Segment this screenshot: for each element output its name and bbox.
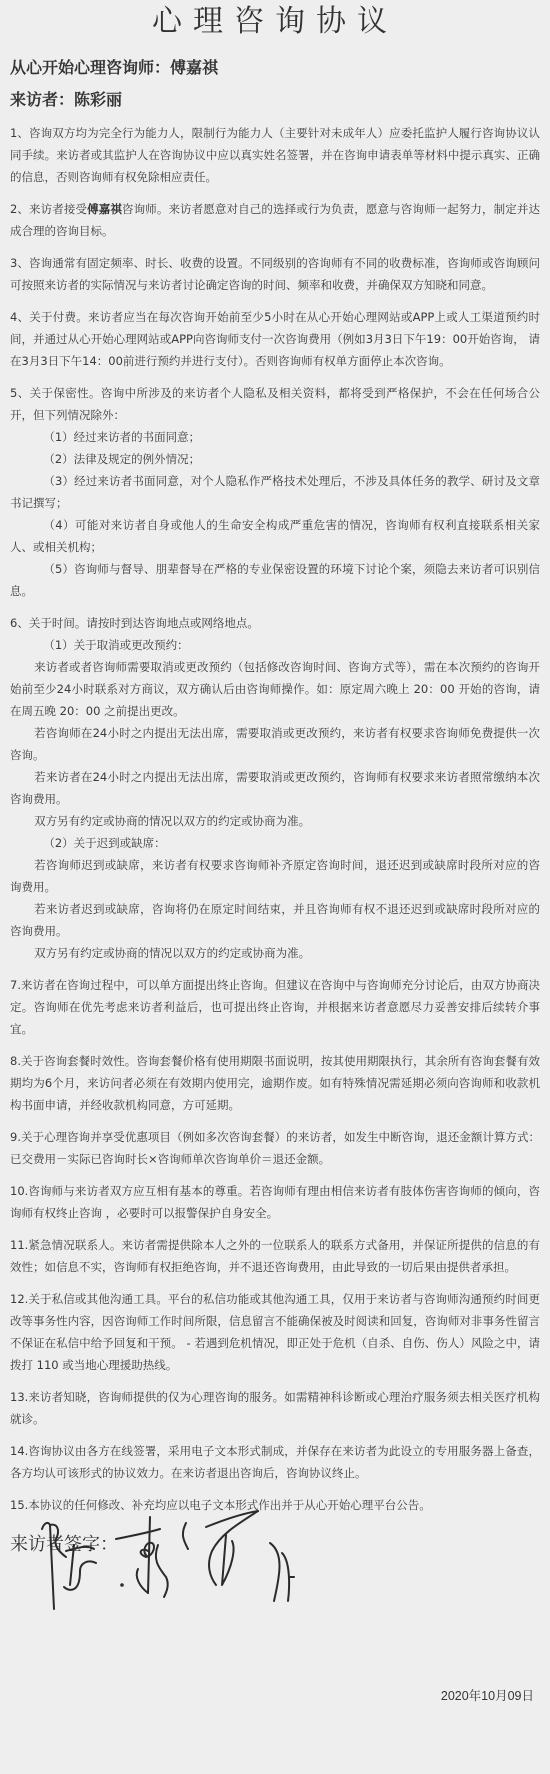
counselor-line: 从心开始心理咨询师：傅嘉祺 bbox=[10, 58, 540, 78]
clause-text: 8.关于咨询套餐时效性。咨询套餐价格有使用期限书面说明，按其使用期限执行，其余所… bbox=[10, 1050, 540, 1116]
confidentiality-exception: （5）咨询师与督导、朋辈督导在严格的专业保密设置的环境下讨论个案，须隐去来访者可… bbox=[10, 558, 540, 602]
clause-text: 10.咨询师与来访者双方应互相有基本的尊重。若咨询师有理由相信来访者有肢体伤害咨… bbox=[10, 1180, 540, 1224]
confidentiality-exception: （1）经过来访者的书面同意； bbox=[10, 426, 540, 448]
clause-text: 4、关于付费。来访者应当在每次咨询开始前至少5小时在从心开始心理网站或APP上或… bbox=[10, 306, 540, 372]
section-paragraph: 双方另有约定或协商的情况以双方的约定或协商为准。 bbox=[10, 810, 540, 832]
clause-8: 8.关于咨询套餐时效性。咨询套餐价格有使用期限书面说明，按其使用期限执行，其余所… bbox=[10, 1050, 540, 1116]
clause-2: 2、来访者接受傅嘉祺咨询师。来访者愿意对自己的选择或行为负责，愿意与咨询师一起努… bbox=[10, 198, 540, 242]
section-paragraph: 若来访者在24小时之内提出无法出席，需要取消或更改预约，咨询师有权要求来访者照常… bbox=[10, 766, 540, 810]
clause-7: 7.来访者在咨询过程中，可以单方面提出终止咨询。但建议在咨询中与咨询师充分讨论后… bbox=[10, 974, 540, 1040]
section-paragraph: 来访者或者咨询师需要取消或更改预约（包括修改咨询时间、咨询方式等），需在本次预约… bbox=[10, 656, 540, 722]
clause-12: 12.关于私信或其他沟通工具。平台的私信功能或其他沟通工具，仅用于来访者与咨询师… bbox=[10, 1288, 540, 1376]
section-paragraph: 双方另有约定或协商的情况以双方的约定或协商为准。 bbox=[10, 942, 540, 964]
clause-5: 5、关于保密性。咨询中所涉及的来访者个人隐私及相关资料，都将受到严格保护，不会在… bbox=[10, 382, 540, 602]
clause-14: 14.咨询协议由各方在线签署，采用电子文本形式制成，并保存在来访者为此设立的专用… bbox=[10, 1440, 540, 1484]
clause-text: 9.关于心理咨询并享受优惠项目（例如多次咨询套餐）的来访者，如发生中断咨询，退还… bbox=[10, 1126, 540, 1170]
clause-11: 11.紧急情况联系人。来访者需提供除本人之外的一位联系人的联系方式备用，并保证所… bbox=[10, 1234, 540, 1278]
section-paragraph: 若咨询师迟到或缺席，来访者有权要求咨询师补齐原定咨询时间，退还迟到或缺席时段所对… bbox=[10, 854, 540, 898]
signing-date: 2020年10月09日 bbox=[441, 1686, 534, 1704]
clause-6: 6、关于时间。请按时到达咨询地点或网络地点。 （1）关于取消或更改预约： 来访者… bbox=[10, 612, 540, 964]
confidentiality-exception: （2）法律及规定的例外情况； bbox=[10, 448, 540, 470]
clause-text: 3、咨询通常有固定频率、时长、收费的设置。不同级别的咨询师有不同的收费标准，咨询… bbox=[10, 252, 540, 296]
visitor-line: 来访者：陈彩丽 bbox=[10, 90, 540, 110]
clause-prefix: 2、来访者接受 bbox=[10, 202, 87, 216]
clause-text: 7.来访者在咨询过程中，可以单方面提出终止咨询。但建议在咨询中与咨询师充分讨论后… bbox=[10, 974, 540, 1040]
clause-text: 11.紧急情况联系人。来访者需提供除本人之外的一位联系人的联系方式备用，并保证所… bbox=[10, 1234, 540, 1278]
clause-text: 14.咨询协议由各方在线签署，采用电子文本形式制成，并保存在来访者为此设立的专用… bbox=[10, 1440, 540, 1484]
document-title: 心理咨询协议 bbox=[10, 0, 540, 44]
confidentiality-exception: （4）可能对来访者自身或他人的生命安全构成严重危害的情况，咨询师有权利直接联系相… bbox=[10, 514, 540, 558]
clause-1: 1、咨询双方均为完全行为能力人，限制行为能力人（主要针对未成年人）应委托监护人履… bbox=[10, 122, 540, 188]
clause-4: 4、关于付费。来访者应当在每次咨询开始前至少5小时在从心开始心理网站或APP上或… bbox=[10, 306, 540, 372]
section-heading: （1）关于取消或更改预约： bbox=[10, 634, 540, 656]
section-paragraph: 若咨询师在24小时之内提出无法出席，需要取消或更改预约，来访者有权要求咨询师免费… bbox=[10, 722, 540, 766]
handwritten-signature: 陈彩丽 bbox=[36, 1505, 296, 1625]
clause-10: 10.咨询师与来访者双方应互相有基本的尊重。若咨询师有理由相信来访者有肢体伤害咨… bbox=[10, 1180, 540, 1224]
agreement-document: 心理咨询协议 从心开始心理咨询师：傅嘉祺 来访者：陈彩丽 1、咨询双方均为完全行… bbox=[0, 0, 550, 1558]
clause-text: 13.来访者知晓，咨询师提供的仅为心理咨询的服务。如需精神科诊断或心理治疗服务须… bbox=[10, 1386, 540, 1430]
clause-text: 1、咨询双方均为完全行为能力人，限制行为能力人（主要针对未成年人）应委托监护人履… bbox=[10, 122, 540, 188]
section-paragraph: 若来访者迟到或缺席，咨询将仍在原定时间结束，并且咨询师有权不退还迟到或缺席时段所… bbox=[10, 898, 540, 942]
clause-text: 6、关于时间。请按时到达咨询地点或网络地点。 bbox=[10, 612, 540, 634]
clauses-list: 1、咨询双方均为完全行为能力人，限制行为能力人（主要针对未成年人）应委托监护人履… bbox=[10, 122, 540, 1516]
section-heading: （2）关于迟到或缺席： bbox=[10, 832, 540, 854]
clause-text: 12.关于私信或其他沟通工具。平台的私信功能或其他沟通工具，仅用于来访者与咨询师… bbox=[10, 1288, 540, 1376]
clause-text: 2、来访者接受傅嘉祺咨询师。来访者愿意对自己的选择或行为负责，愿意与咨询师一起努… bbox=[10, 198, 540, 242]
confidentiality-exception: （3）经过来访者书面同意，对个人隐私作严格技术处理后，不涉及具体任务的教学、研讨… bbox=[10, 470, 540, 514]
clause-text: 5、关于保密性。咨询中所涉及的来访者个人隐私及相关资料，都将受到严格保护，不会在… bbox=[10, 382, 540, 426]
counselor-name-highlight: 傅嘉祺 bbox=[87, 202, 122, 216]
clause-9: 9.关于心理咨询并享受优惠项目（例如多次咨询套餐）的来访者，如发生中断咨询，退还… bbox=[10, 1126, 540, 1170]
clause-13: 13.来访者知晓，咨询师提供的仅为心理咨询的服务。如需精神科诊断或心理治疗服务须… bbox=[10, 1386, 540, 1430]
clause-3: 3、咨询通常有固定频率、时长、收费的设置。不同级别的咨询师有不同的收费标准，咨询… bbox=[10, 252, 540, 296]
